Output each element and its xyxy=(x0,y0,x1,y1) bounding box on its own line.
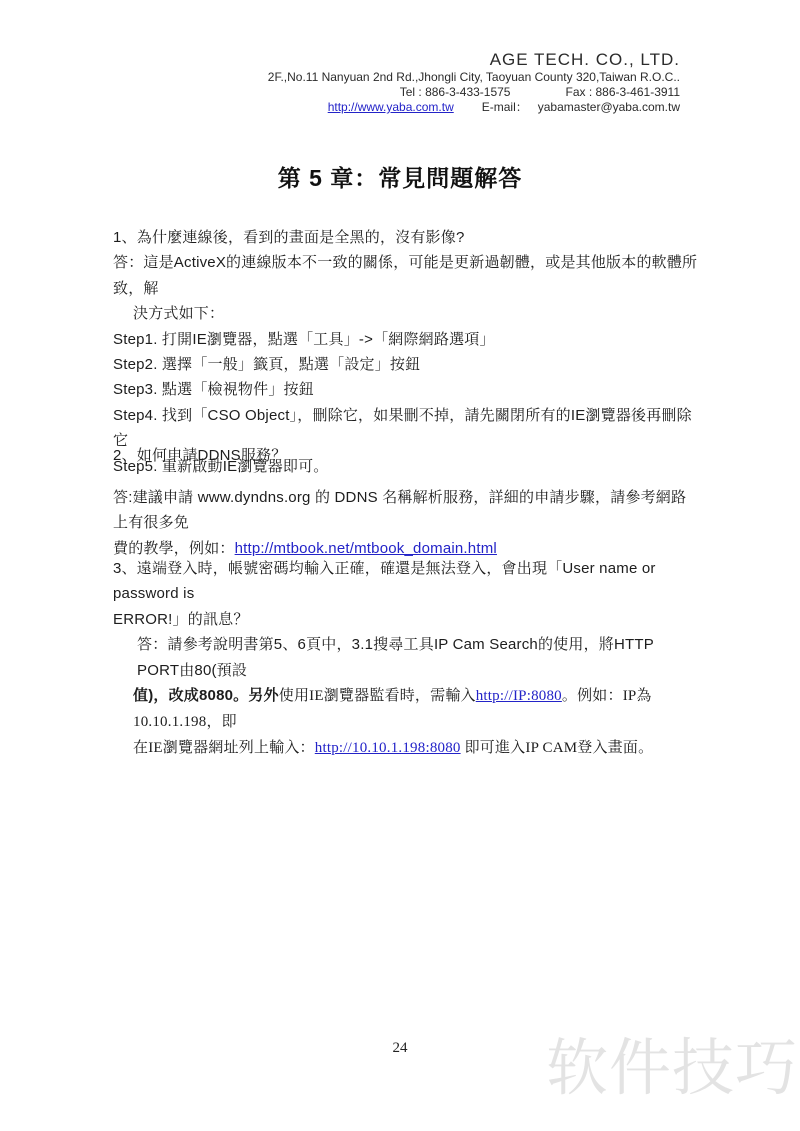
company-email: yabamaster@yaba.com.tw xyxy=(538,100,680,114)
q1-step-1: Step1. 打開IE瀏覽器，點選「工具」->「網際網路選項」 xyxy=(113,327,698,352)
email-label: E-mail： xyxy=(482,100,528,114)
q3-answer-line2-text: 使用IE瀏覽器監看時，需輸入 xyxy=(279,688,476,704)
q1-step-3: Step3. 點選「檢視物件」按鈕 xyxy=(113,377,698,402)
q3-answer-line2-bold: 值)，改成8080。另外 xyxy=(133,687,279,704)
company-name: AGE TECH. CO., LTD. xyxy=(268,50,680,70)
q3-answer-line1: 答：請參考說明書第5、6頁中，3.1搜尋工具IP Cam Search的使用，將… xyxy=(113,632,698,683)
company-fax: Fax : 886-3-461-3911 xyxy=(565,85,680,99)
mtbook-domain-link[interactable]: http://mtbook.net/mtbook_domain.html xyxy=(235,540,497,557)
q3-question-line2: ERROR!」的訊息？ xyxy=(113,607,698,632)
q3-answer-line3-tail: 即可進入IP CAM登入畫面。 xyxy=(461,740,654,756)
example-ip-link[interactable]: http://10.10.1.198:8080 xyxy=(315,740,461,756)
q1-answer-line1: 答：這是ActiveX的連線版本不一致的關係，可能是更新過韌體，或是其他版本的軟… xyxy=(113,250,698,301)
company-address: 2F.,No.11 Nanyuan 2nd Rd.,Jhongli City, … xyxy=(268,70,680,85)
document-page: AGE TECH. CO., LTD. 2F.,No.11 Nanyuan 2n… xyxy=(0,0,800,1131)
faq-answer-2: 答:建議申請 www.dyndns.org 的 DDNS 名稱解析服務，詳細的申… xyxy=(113,485,698,561)
q3-answer-line3-text: 在IE瀏覽器網址列上輸入： xyxy=(133,740,315,756)
q2-answer-line1: 答:建議申請 www.dyndns.org 的 DDNS 名稱解析服務，詳細的申… xyxy=(113,485,698,536)
q2-answer-line2-prefix: 費的教學，例如： xyxy=(113,540,235,557)
q3-answer-line2: 值)，改成8080。另外使用IE瀏覽器監看時，需輸入http://IP:8080… xyxy=(113,683,698,736)
q1-question: 1、為什麼連線後，看到的畫面是全黑的，沒有影像? xyxy=(113,225,698,250)
company-website-link[interactable]: http://www.yaba.com.tw xyxy=(328,100,454,114)
company-tel: Tel : 886-3-433-1575 xyxy=(400,85,511,99)
q1-step-2: Step2. 選擇「一般」籤頁，點選「設定」按鈕 xyxy=(113,352,698,377)
company-header: AGE TECH. CO., LTD. 2F.,No.11 Nanyuan 2n… xyxy=(268,50,680,115)
ip-port-link[interactable]: http://IP:8080 xyxy=(476,688,562,704)
faq-question-1: 1、為什麼連線後，看到的畫面是全黑的，沒有影像? 答：這是ActiveX的連線版… xyxy=(113,225,698,479)
tel-fax-line: Tel : 886-3-433-1575Fax : 886-3-461-3911 xyxy=(268,85,680,100)
faq-question-3: 3、遠端登入時，帳號密碼均輸入正確，確還是無法登入，會出現「User name … xyxy=(113,556,698,761)
q2-question: 2、如何申請DDNS服務？ xyxy=(113,443,698,468)
chapter-title: 第 5 章：常見問題解答 xyxy=(0,160,800,193)
page-number: 24 xyxy=(0,1040,800,1057)
q1-answer-line2: 決方式如下： xyxy=(113,301,698,326)
faq-question-2: 2、如何申請DDNS服務？ xyxy=(113,443,698,468)
q3-question-line1: 3、遠端登入時，帳號密碼均輸入正確，確還是無法登入，會出現「User name … xyxy=(113,556,698,607)
q3-answer-line3: 在IE瀏覽器網址列上輸入：http://10.10.1.198:8080 即可進… xyxy=(113,736,698,761)
web-email-line: http://www.yaba.com.twE-mail：yabamaster@… xyxy=(268,100,680,115)
